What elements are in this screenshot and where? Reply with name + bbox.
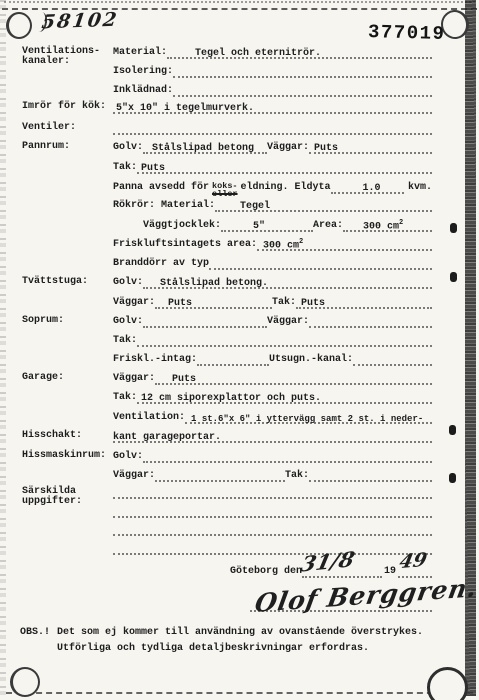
obs-line2: Utförliga och tydliga detaljbeskrivninga… bbox=[57, 643, 369, 655]
fuel-struck-text: eller bbox=[212, 190, 238, 198]
dotted-line: 12 cm siporexplattor och puts. bbox=[137, 391, 432, 404]
dotted-line: 300 cm2 bbox=[343, 219, 432, 232]
handwritten-case-number: 58102 bbox=[40, 9, 120, 34]
field-rokror-value: Tegel bbox=[240, 201, 270, 213]
field-golv-label: Golv: bbox=[113, 451, 143, 463]
field-vaggar-label: Väggar: bbox=[267, 316, 309, 328]
punch-hole-bottom-right bbox=[427, 667, 468, 700]
field-tak-label: Tak: bbox=[113, 335, 137, 347]
row-hissmaskinrum-golv: Golv: bbox=[113, 450, 432, 463]
row-sarskilda-2 bbox=[113, 505, 432, 518]
row-garage-tak: Tak: 12 cm siporexplattor och puts. bbox=[113, 391, 432, 404]
dotted-line: Puts bbox=[137, 161, 432, 174]
staple-mark bbox=[449, 473, 456, 483]
staple-mark bbox=[450, 272, 457, 282]
field-vaggar-value: Puts bbox=[168, 298, 192, 310]
handwritten-year: 49 bbox=[398, 549, 429, 573]
field-vaggtjocklek-label: Väggtjocklek: bbox=[143, 220, 221, 232]
dotted-line bbox=[143, 450, 432, 463]
field-tak-label: Tak: bbox=[113, 392, 137, 404]
field-vaggar-label: Väggar: bbox=[267, 142, 309, 154]
row-garage-vaggar: Väggar: Puts bbox=[113, 372, 432, 385]
field-golv-value: Stålslipad betong bbox=[152, 143, 254, 155]
eldyta-unit-text: kvm. bbox=[408, 182, 432, 194]
row-soprum-tak: Tak: bbox=[113, 334, 432, 347]
field-imror-value: 5"x 10" i tegelmurverk. bbox=[116, 103, 254, 115]
field-tak-value: Puts bbox=[301, 298, 325, 310]
panna-prefix-text: Panna avsedd för bbox=[113, 182, 209, 194]
dotted-line bbox=[113, 122, 432, 135]
friskluft-superscript: 2 bbox=[299, 238, 303, 246]
label-pannrum: Pannrum: bbox=[22, 141, 70, 153]
field-inkladnad-label: Inklädnad: bbox=[113, 85, 173, 97]
dotted-line: Tegel och eternitrör. bbox=[167, 46, 432, 59]
dotted-line bbox=[353, 353, 432, 366]
label-hisschakt: Hisschakt: bbox=[22, 430, 82, 442]
label-tvattstuga: Tvättstuga: bbox=[22, 276, 88, 288]
field-friskluft-label: Friskluftsintagets area: bbox=[113, 239, 257, 251]
staple-mark bbox=[450, 223, 457, 233]
scanned-form-page: 58102 377019 Ventilations- kanaler: Mate… bbox=[0, 0, 479, 700]
field-utsugn-label: Utsugn.-kanal: bbox=[269, 354, 353, 366]
field-ventilation-continuation: kant garageportar. bbox=[113, 432, 221, 444]
field-rokror-label: Rökrör: Material: bbox=[113, 200, 215, 212]
field-area-label: Area: bbox=[313, 220, 343, 232]
row-ventiler bbox=[113, 122, 432, 135]
dotted-line bbox=[209, 257, 432, 270]
obs-line1: Det som ej kommer till användning av ova… bbox=[57, 627, 423, 639]
field-golv-label: Golv: bbox=[113, 277, 143, 289]
dotted-line bbox=[137, 334, 432, 347]
row-pannrum-golv: Golv: Stålslipad betong Väggar: Puts bbox=[113, 141, 432, 154]
row-imror: 5"x 10" i tegelmurverk. bbox=[113, 101, 432, 114]
dotted-line: Puts bbox=[296, 296, 432, 309]
row-vaggtjocklek: Väggtjocklek: 5" Area: 300 cm2 bbox=[113, 219, 432, 232]
label-sarskilda-2: uppgifter: bbox=[22, 496, 82, 508]
field-vaggar-label: Väggar: bbox=[113, 373, 155, 385]
row-material: Material: Tegel och eternitrör. bbox=[113, 46, 432, 59]
field-branddorr-label: Branddörr av typ bbox=[113, 258, 209, 270]
dotted-line: Tegel bbox=[215, 199, 432, 212]
field-tak-label: Tak: bbox=[113, 162, 137, 174]
field-tak-value: Puts bbox=[141, 163, 165, 175]
field-vaggar-value: Puts bbox=[314, 143, 338, 155]
field-golv-label: Golv: bbox=[113, 316, 143, 328]
field-ventilation-label: Ventilation: bbox=[113, 412, 185, 424]
city-date-label: Göteborg den bbox=[230, 566, 302, 578]
dotted-line: Puts bbox=[155, 296, 272, 309]
fuel-type-stack: koks- eller bbox=[212, 182, 238, 198]
panna-suffix-text: eldning. Eldyta bbox=[241, 182, 331, 194]
field-material-value: Tegel och eternitrör. bbox=[195, 48, 321, 60]
row-sarskilda-3 bbox=[113, 523, 432, 536]
row-friskluft: Friskluftsintagets area: 300 cm2 bbox=[113, 238, 432, 251]
field-golv-label: Golv: bbox=[113, 142, 143, 154]
dotted-line bbox=[309, 469, 432, 482]
dotted-line bbox=[113, 523, 432, 536]
left-edge-texture bbox=[0, 0, 6, 700]
row-soprum-intag: Friskl.-intag: Utsugn.-kanal: bbox=[113, 353, 432, 366]
field-friskluft-value: 300 cm2 bbox=[263, 239, 303, 252]
punch-hole-top-left bbox=[6, 12, 32, 39]
staple-mark bbox=[449, 425, 456, 435]
field-material-label: Material: bbox=[113, 47, 167, 59]
field-friskl-label: Friskl.-intag: bbox=[113, 354, 197, 366]
dotted-line: 300 cm2 bbox=[257, 238, 432, 251]
dotted-line bbox=[113, 505, 432, 518]
area-superscript: 2 bbox=[399, 219, 403, 227]
row-branddorr: Branddörr av typ bbox=[113, 257, 432, 270]
field-area-value: 300 cm2 bbox=[363, 220, 403, 233]
dotted-line: kant garageportar. bbox=[113, 430, 432, 443]
dotted-line: 1.0 bbox=[331, 181, 404, 194]
row-soprum-golv-vaggar: Golv: Väggar: bbox=[113, 315, 432, 328]
row-pannrum-tak: Tak: Puts bbox=[113, 161, 432, 174]
row-rokror: Rökrör: Material: Tegel bbox=[113, 199, 432, 212]
bottom-dashed-border bbox=[6, 692, 473, 694]
label-soprum: Soprum: bbox=[22, 315, 64, 327]
dotted-line bbox=[155, 469, 285, 482]
row-panna: Panna avsedd för koks- eller eldning. El… bbox=[113, 178, 432, 194]
punch-hole-bottom-left bbox=[10, 667, 40, 697]
field-tak-label: Tak: bbox=[272, 297, 296, 309]
label-ventilationskanaler-2: kanaler: bbox=[22, 56, 70, 68]
label-ventiler: Ventiler: bbox=[22, 122, 76, 134]
stamp-number: 377019 bbox=[368, 26, 446, 40]
field-tak-value: 12 cm siporexplattor och puts. bbox=[141, 393, 321, 405]
dotted-line: 5" bbox=[221, 219, 313, 232]
dotted-line: Stålslipad betong bbox=[143, 141, 267, 154]
dotted-line bbox=[309, 315, 432, 328]
dotted-line: Stålslipad betong. bbox=[143, 276, 432, 289]
dotted-line bbox=[197, 353, 269, 366]
dotted-line bbox=[173, 65, 432, 78]
field-tak-label: Tak: bbox=[285, 470, 309, 482]
obs-label: OBS.! bbox=[20, 627, 50, 639]
dotted-line bbox=[143, 315, 267, 328]
row-inkladnad: Inklädnad: bbox=[113, 84, 432, 97]
row-sarskilda-4 bbox=[113, 542, 432, 555]
dotted-line bbox=[113, 486, 432, 499]
field-ventilation-value: 1 st.6"x 6" i yttervägg samt 2 st. i ned… bbox=[191, 413, 423, 425]
row-tvattstuga-golv: Golv: Stålslipad betong. bbox=[113, 276, 432, 289]
field-vaggar-label: Väggar: bbox=[113, 297, 155, 309]
field-eldyta-value: 1.0 bbox=[363, 183, 381, 195]
row-isolering: Isolering: bbox=[113, 65, 432, 78]
dotted-line bbox=[173, 84, 432, 97]
year-prefix-text: 19 bbox=[384, 566, 396, 578]
field-vaggar-value: Puts bbox=[172, 374, 196, 386]
dotted-line: 1 st.6"x 6" i yttervägg samt 2 st. i ned… bbox=[185, 411, 432, 424]
dotted-line bbox=[113, 542, 432, 555]
field-isolering-label: Isolering: bbox=[113, 66, 173, 78]
row-sarskilda-1 bbox=[113, 486, 432, 499]
field-vaggtjocklek-value: 5" bbox=[253, 221, 265, 233]
label-imror-for-kok: Imrör för kök: bbox=[22, 101, 106, 113]
row-tvattstuga-vaggar-tak: Väggar: Puts Tak: Puts bbox=[113, 296, 432, 309]
dotted-line: Puts bbox=[155, 372, 432, 385]
top-perforation-line bbox=[4, 1, 475, 3]
dotted-line: Puts bbox=[309, 141, 432, 154]
field-golv-value: Stålslipad betong. bbox=[160, 278, 268, 290]
label-garage: Garage: bbox=[22, 372, 64, 384]
row-hissmaskinrum-vaggar-tak: Väggar: Tak: bbox=[113, 469, 432, 482]
row-hisschakt-continuation: kant garageportar. bbox=[113, 430, 432, 443]
dotted-line: 5"x 10" i tegelmurverk. bbox=[113, 101, 432, 114]
label-hissmaskinrum: Hissmaskinrum: bbox=[22, 450, 106, 462]
field-vaggar-label: Väggar: bbox=[113, 470, 155, 482]
row-garage-ventilation: Ventilation: 1 st.6"x 6" i yttervägg sam… bbox=[113, 411, 432, 424]
